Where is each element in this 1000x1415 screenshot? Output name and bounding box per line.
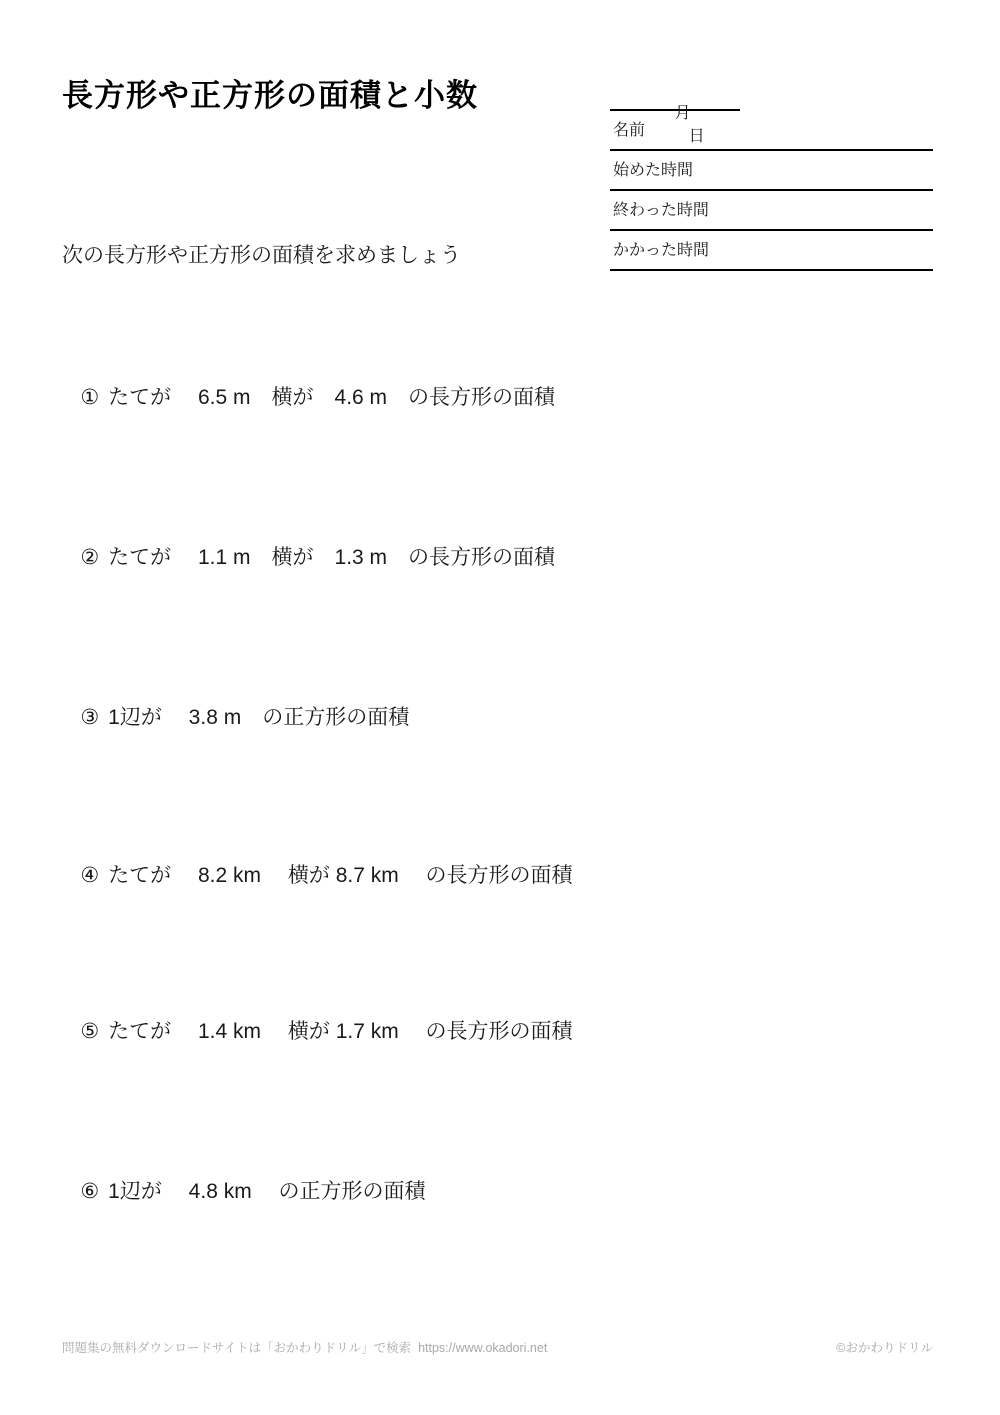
question-1-number: ① (80, 386, 99, 409)
question-5-text: たてが 1.4 km 横が 1.7 km の長方形の面積 (108, 1020, 572, 1043)
month-label: 月 (675, 105, 691, 122)
day-label: 日 (689, 128, 705, 145)
question-3-text: 1辺が 3.8 m の正方形の面積 (108, 706, 409, 729)
question-2: ②たてが 1.1 m 横が 1.3 m の長方形の面積 (57, 513, 555, 603)
name-field-label: 名前 (610, 117, 645, 149)
footer-site-info: 問題集の無料ダウンロードサイトは「おかわりドリル」で検索 https://www… (62, 1338, 547, 1356)
question-4: ④たてが 8.2 km 横が 8.7 km の長方形の面積 (57, 831, 573, 921)
instruction-text: 次の長方形や正方形の面積を求めましょう (62, 239, 461, 269)
elapsed-time-field-label: かかった時間 (610, 237, 709, 269)
question-4-text: たてが 8.2 km 横が 8.7 km の長方形の面積 (108, 864, 572, 887)
question-2-text: たてが 1.1 m 横が 1.3 m の長方形の面積 (108, 546, 555, 569)
start-time-field-label: 始めた時間 (610, 157, 693, 189)
question-4-number: ④ (80, 864, 99, 887)
question-6-text: 1辺が 4.8 km の正方形の面積 (108, 1180, 425, 1203)
question-5-number: ⑤ (80, 1020, 99, 1043)
question-5: ⑤たてが 1.4 km 横が 1.7 km の長方形の面積 (57, 987, 573, 1077)
question-1: ①たてが 6.5 m 横が 4.6 m の長方形の面積 (57, 353, 555, 443)
footer: 問題集の無料ダウンロードサイトは「おかわりドリル」で検索 https://www… (62, 1338, 933, 1356)
question-3-number: ③ (80, 706, 99, 729)
worksheet-page: 長方形や正方形の面積と小数 月 日 名前 始めた時間 終わった時間 かかった時間… (0, 0, 1000, 1415)
end-time-field-label: 終わった時間 (610, 197, 709, 229)
info-form: 月 日 名前 始めた時間 終わった時間 かかった時間 (610, 82, 933, 271)
footer-copyright: ©おかわりドリル (836, 1338, 933, 1356)
question-6: ⑥1辺が 4.8 km の正方形の面積 (57, 1147, 426, 1237)
question-6-number: ⑥ (80, 1180, 99, 1203)
end-time-field-row: 終わった時間 (610, 191, 933, 231)
elapsed-time-field-row: かかった時間 (610, 231, 933, 271)
date-row: 月 日 (610, 82, 740, 111)
start-time-field-row: 始めた時間 (610, 151, 933, 191)
page-title: 長方形や正方形の面積と小数 (62, 70, 478, 115)
question-1-text: たてが 6.5 m 横が 4.6 m の長方形の面積 (108, 386, 555, 409)
question-2-number: ② (80, 546, 99, 569)
question-3: ③1辺が 3.8 m の正方形の面積 (57, 673, 409, 763)
